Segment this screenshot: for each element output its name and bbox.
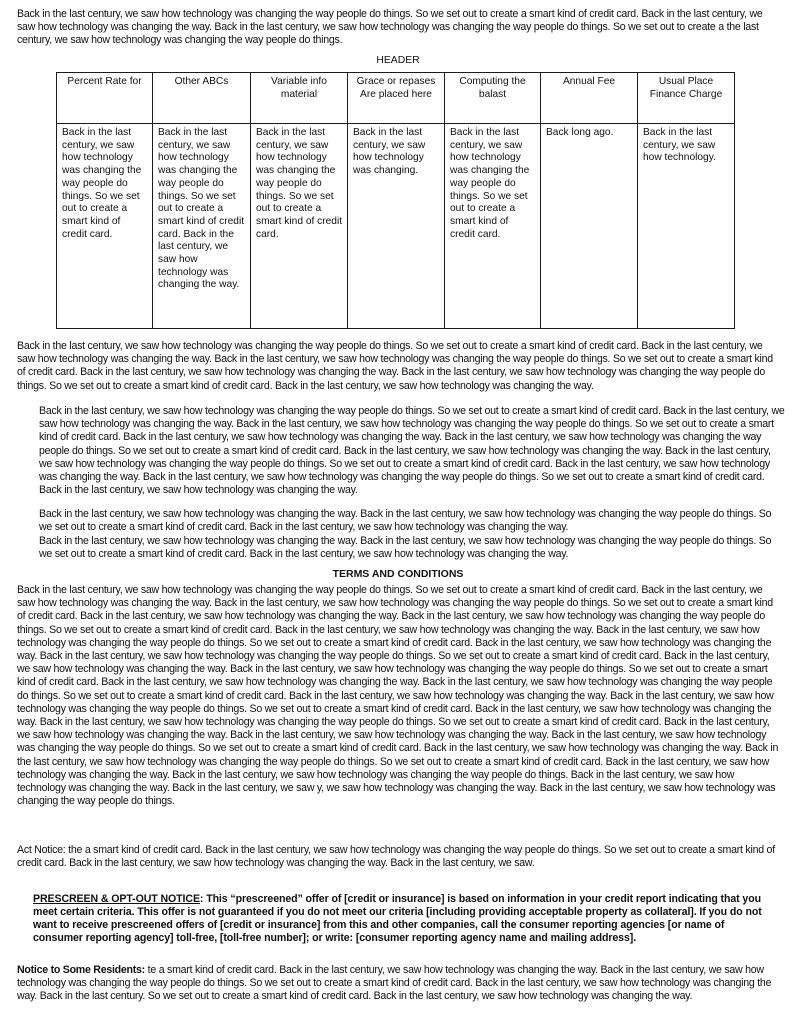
body-paragraph-1: Back in the last century, we saw how tec… [17, 340, 783, 393]
cell-variable-info: Back in the last century, we saw how tec… [251, 124, 348, 329]
header-other-abcs: Other ABCs [153, 73, 251, 124]
body-paragraph-3: Back in the last century, we saw how tec… [39, 508, 785, 534]
prescreen-notice-label: PRESCREEN & OPT-OUT NOTICE [33, 893, 200, 905]
header-grace-period: Grace or repases Are placed here [348, 73, 445, 124]
fee-table: Percent Rate for Other ABCs Variable inf… [56, 72, 735, 329]
cell-finance-charge: Back in the last century, we saw how tec… [638, 124, 735, 329]
body-paragraph-4: Back in the last century, we saw how tec… [39, 535, 785, 561]
terms-paragraph: Back in the last century, we saw how tec… [17, 584, 783, 808]
intro-paragraph: Back in the last century, we saw how tec… [17, 8, 777, 48]
terms-heading: TERMS AND CONDITIONS [0, 568, 796, 580]
table-row: Back in the last century, we saw how tec… [57, 124, 735, 329]
header-variable-info: Variable info material [251, 73, 348, 124]
prescreen-notice: PRESCREEN & OPT-OUT NOTICE: This “prescr… [33, 893, 773, 946]
cell-computing-balance: Back in the last century, we saw how tec… [445, 124, 541, 329]
header-percent-rate: Percent Rate for [57, 73, 153, 124]
act-notice-paragraph: Act Notice: the a smart kind of credit c… [17, 844, 783, 870]
table-header-row: Percent Rate for Other ABCs Variable inf… [57, 73, 735, 124]
residents-notice-label: Notice to Some Residents: [17, 964, 145, 976]
header-computing-balance: Computing the balast [445, 73, 541, 124]
cell-percent-rate: Back in the last century, we saw how tec… [57, 124, 153, 329]
cell-grace-period: Back in the last century, we saw how tec… [348, 124, 445, 329]
header-annual-fee: Annual Fee [541, 73, 638, 124]
residents-notice: Notice to Some Residents: te a smart kin… [17, 964, 783, 1004]
table-title: HEADER [0, 55, 796, 66]
cell-annual-fee: Back long ago. [541, 124, 638, 329]
body-paragraph-2: Back in the last century, we saw how tec… [39, 405, 785, 497]
header-finance-charge: Usual Place Finance Charge [638, 73, 735, 124]
cell-other-abcs: Back in the last century, we saw how tec… [153, 124, 251, 329]
